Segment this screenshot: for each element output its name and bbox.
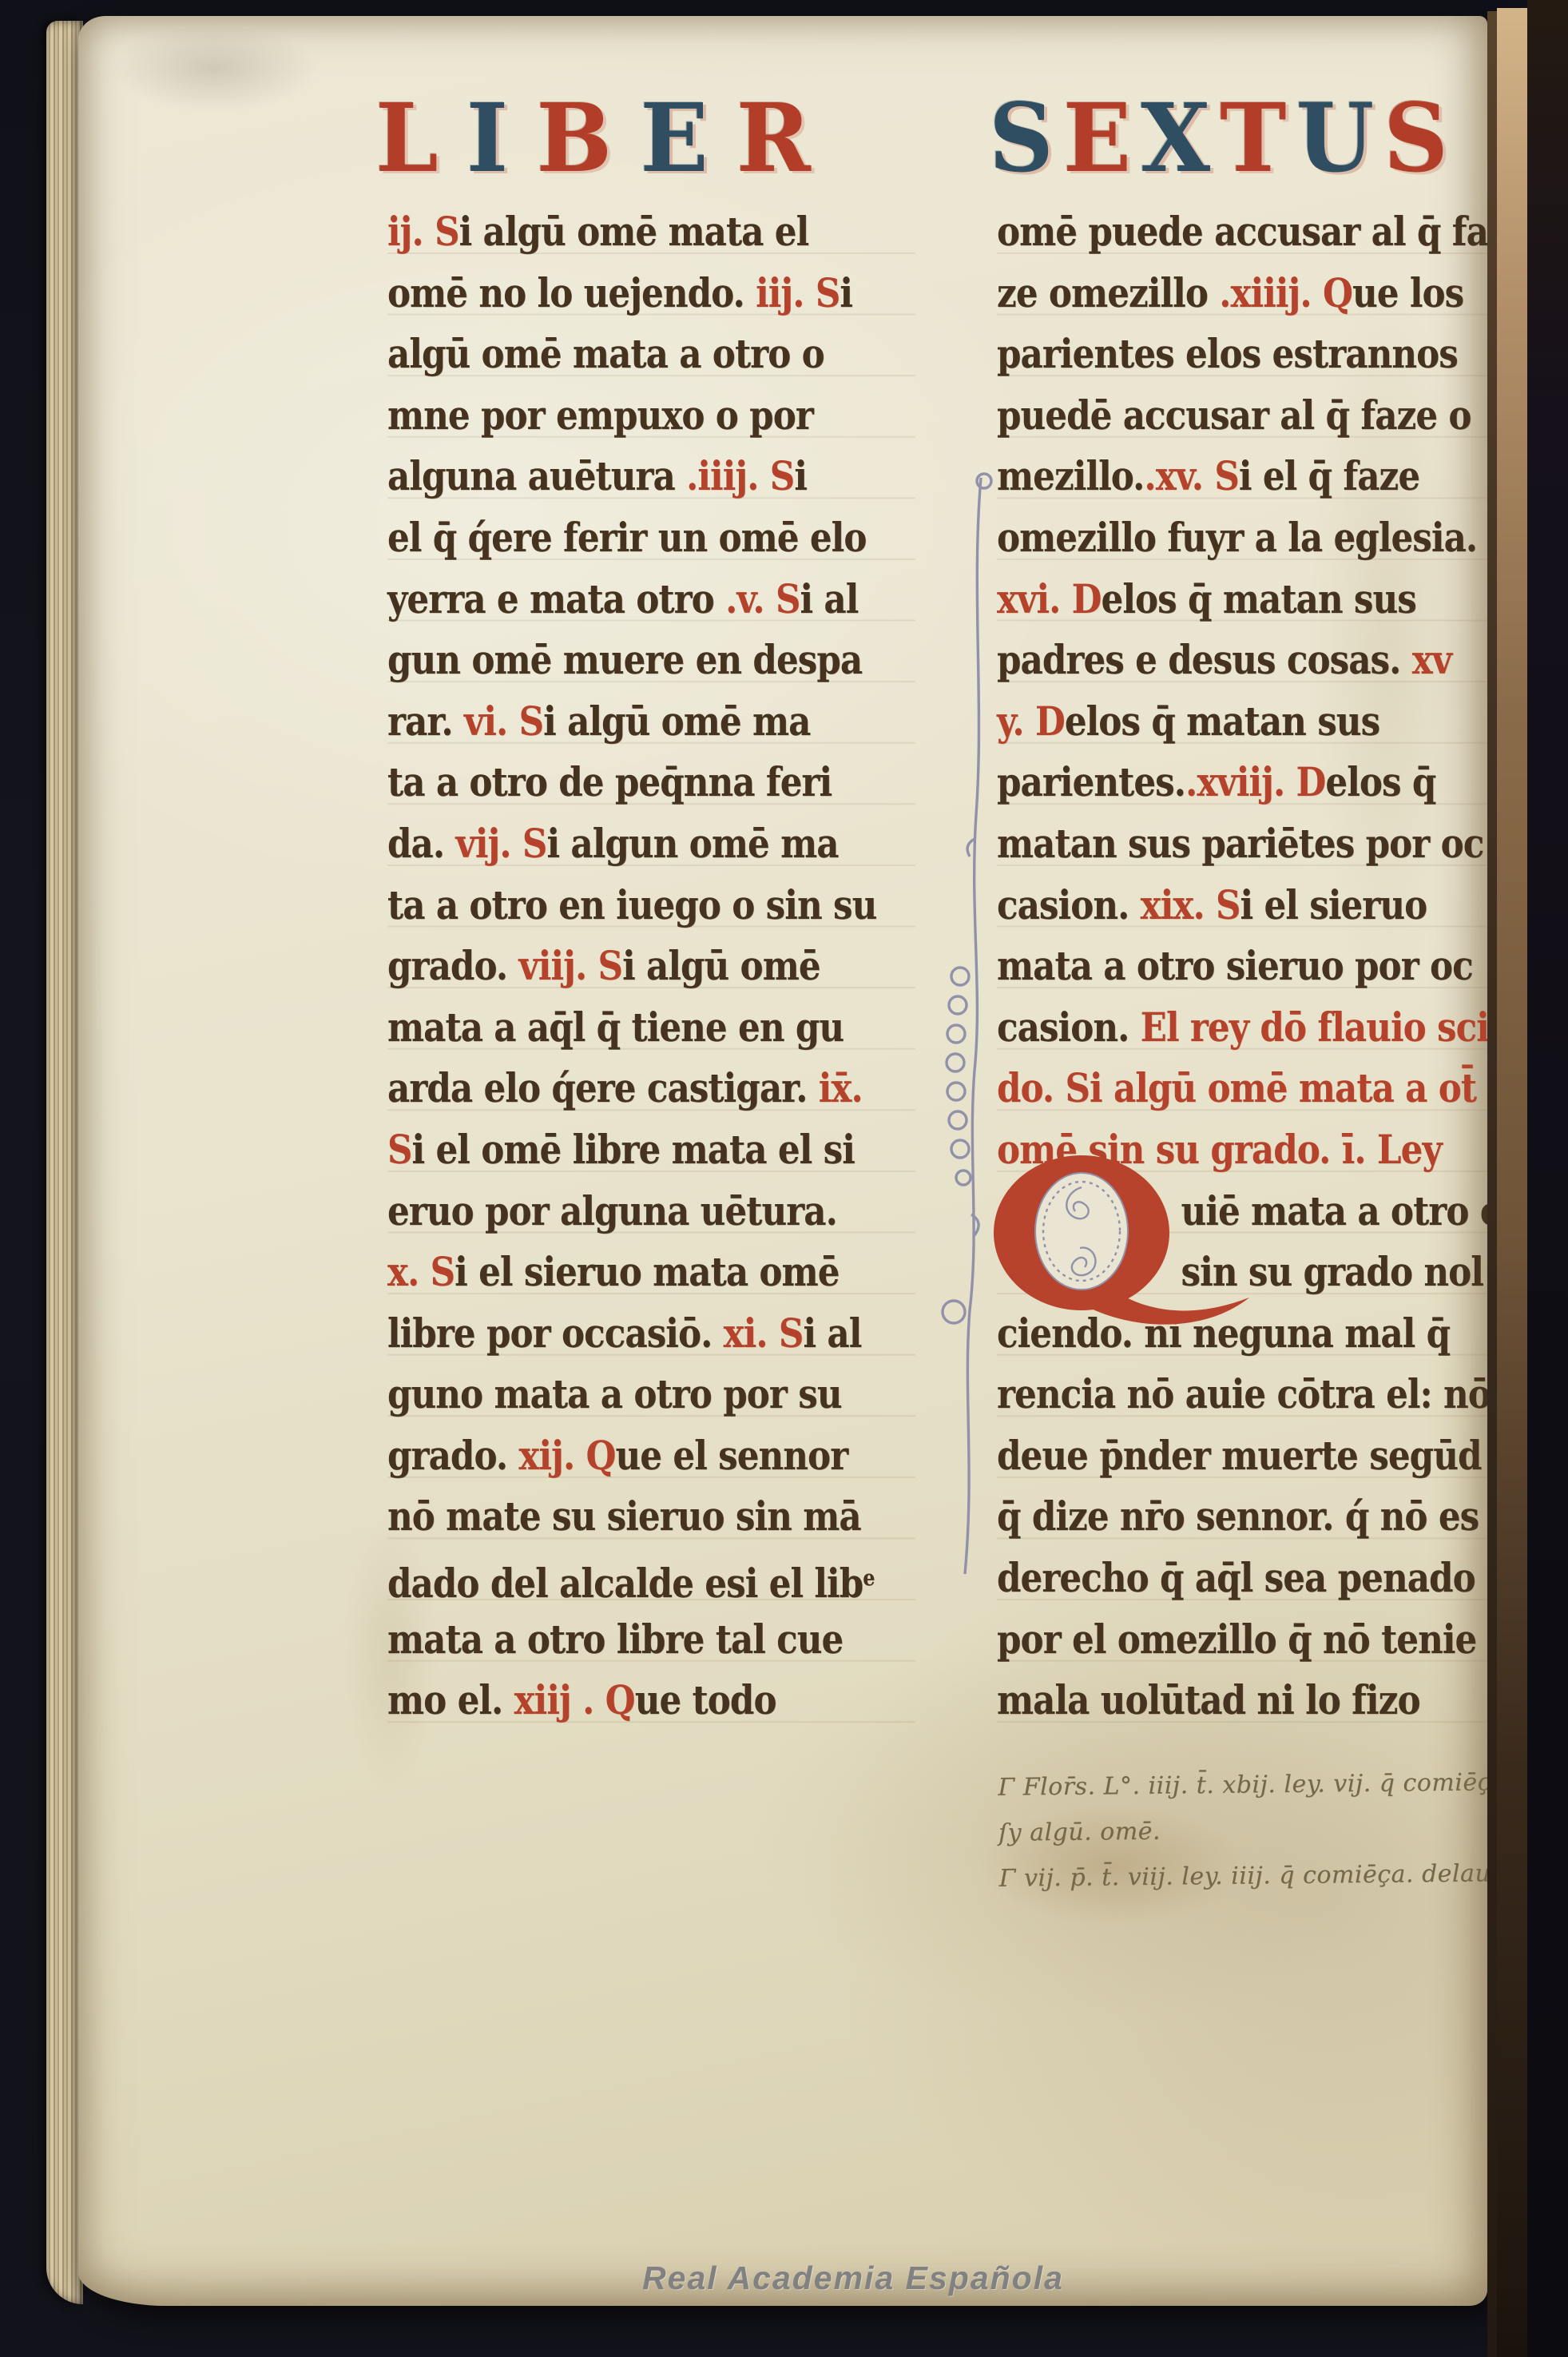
text-segment: derecho q̄ aq̄l sea penado [997, 1554, 1475, 1601]
text-line: mala uolūtad ni lo fizo [997, 1670, 1514, 1731]
text-segment: i el omē libre mata el si [412, 1126, 855, 1173]
text-line: nō mate su sieruo sin mā [387, 1486, 915, 1548]
header-letter: L [375, 87, 439, 190]
text-line: q̄ dize nr̄o sennor. q́ nō es [997, 1486, 1514, 1548]
text-segment: vi. S [464, 698, 543, 745]
text-segment: libre por occasiō. [387, 1310, 724, 1357]
text-segment: grado. [387, 942, 518, 989]
text-line: parientes elos estrannos [997, 324, 1514, 385]
text-line: ta a otro en iuego o sin su [387, 875, 915, 936]
text-segment: mo el. [387, 1676, 514, 1723]
drop-cap-letter: Q [78, 16, 79, 17]
text-segment: elos q̄ matan sus [1065, 698, 1379, 745]
header-letter: U [1296, 87, 1374, 190]
text-line: x. Si el sieruo mata omē [387, 1242, 915, 1303]
text-segment: omē no lo uejendo. [387, 269, 756, 316]
text-segment: .xviij. D [1185, 758, 1325, 805]
text-line: do. Si algū omē mata a ot̄ [997, 1058, 1514, 1119]
text-segment: el q̄ q́ere ferir un omē elo [387, 514, 866, 561]
text-segment: ta a otro en iuego o sin su [387, 881, 876, 928]
text-segment: ue los [1352, 269, 1463, 316]
text-segment: deue p̄nder muerte segūd [997, 1432, 1482, 1479]
text-line: grado. xij. Que el sennor [387, 1425, 915, 1487]
header-word-sextus: SEXTUS [989, 89, 1448, 188]
text-segment: rar. [387, 698, 464, 745]
text-segment: guno mata a otro por su [387, 1370, 842, 1417]
text-segment: parientes. [997, 758, 1185, 805]
text-segment: iij. S [756, 269, 840, 316]
parchment-page: LIBER SEXTUS ij. Si algū omē mata elomē … [78, 16, 1487, 2306]
margin-notes: Γ Flor̄s. L°. iiij. t̄. xbij. ley. vij. … [998, 1759, 1568, 1902]
text-line: deue p̄nder muerte segūd [997, 1425, 1514, 1487]
text-segment: dado del alcalde esi el lib [387, 1560, 863, 1607]
text-segment: i [794, 452, 807, 499]
text-segment: arda elo q́ere castigar. [387, 1064, 819, 1111]
text-segment: viij. S [518, 942, 622, 989]
text-line: ze omezillo .xiiij. Que los [997, 263, 1514, 324]
text-segment: elos q̄ matan sus [1102, 575, 1416, 622]
text-segment: do. Si algū omē mata a ot̄ [997, 1064, 1476, 1111]
text-segment: .xv. S [1144, 452, 1238, 499]
header-letter: S [989, 87, 1054, 190]
text-segment: omezillo fuyr a la eglesia. [997, 514, 1477, 561]
text-segment: ij. S [387, 208, 459, 255]
text-segment: i el q̄ faze [1239, 452, 1419, 499]
text-segment: .v. S [725, 575, 800, 622]
text-segment: q̄ dize nr̄o sennor. q́ nō es [997, 1493, 1479, 1540]
text-line: mata a otro libre tal cue [387, 1609, 915, 1671]
text-segment: ue el sennor [616, 1432, 848, 1479]
text-segment: i algun omē ma [546, 820, 838, 867]
text-segment: mala uolūtad ni lo fizo [997, 1676, 1420, 1723]
text-line: libre por occasiō. xi. Si al [387, 1303, 915, 1365]
text-segment: xi. S [724, 1310, 804, 1357]
text-segment: matan sus pariētes por oc [997, 820, 1483, 867]
text-line: mezillo..xv. Si el q̄ faze [997, 446, 1514, 507]
text-segment: x. S [387, 1248, 455, 1295]
text-segment: eruo por alguna uētura. [387, 1187, 837, 1234]
text-segment: .iiij. S [686, 452, 794, 499]
text-segment: gun omē muere en despa [387, 636, 862, 683]
text-line: omē no lo uejendo. iij. Si [387, 263, 915, 324]
text-line: puedē accusar al q̄ faze o [997, 385, 1514, 447]
text-line: eruo por alguna uētura. [387, 1181, 915, 1242]
text-line: mata a aq̄l q̄ tiene en gu [387, 997, 915, 1059]
header-letter: R [736, 87, 811, 190]
text-segment: i al [800, 575, 859, 622]
text-segment: parientes elos estrannos [997, 330, 1458, 377]
text-segment: mne por empuxo o por [387, 392, 813, 439]
text-segment: mata a otro libre tal cue [387, 1616, 843, 1663]
header-letter: E [640, 87, 708, 190]
watermark-text: Real Academia Española [542, 2260, 1165, 2297]
text-line: casion. El rey dō flauio sci [997, 997, 1514, 1059]
text-segment: omē puede accusar al q̄ fa [997, 208, 1488, 255]
parchment-stain [110, 24, 318, 112]
text-line: y. Delos q̄ matan sus [997, 691, 1514, 753]
text-line: dado del alcalde esi el libe [387, 1548, 915, 1609]
text-segment: grado. [387, 1432, 518, 1479]
text-segment: ue todo [635, 1676, 776, 1723]
text-segment: algū omē mata a otro o [387, 330, 824, 377]
text-line: yerra e mata otro .v. Si al [387, 569, 915, 630]
header-letter: B [536, 87, 612, 190]
text-line: ta a otro de peq̄nna feri [387, 752, 915, 813]
text-line: padres e desus cosas. xv [997, 630, 1514, 691]
text-segment: por el omezillo q̄ nō tenie [997, 1616, 1476, 1663]
text-segment: El rey dō flauio sci [1141, 1004, 1489, 1051]
text-line: rar. vi. Si algū omē ma [387, 691, 915, 753]
text-segment: xij. Q [518, 1432, 615, 1479]
text-line: gun omē muere en despa [387, 630, 915, 691]
text-segment: mata a aq̄l q̄ tiene en gu [387, 1004, 844, 1051]
text-segment: puedē accusar al q̄ faze o [997, 392, 1471, 439]
header-letter: X [1141, 87, 1210, 190]
text-line: derecho q̄ aq̄l sea penado [997, 1548, 1514, 1609]
header-letter: E [1063, 87, 1131, 190]
text-segment: xix. S [1141, 881, 1241, 928]
text-segment: alguna auētura [387, 452, 686, 499]
text-segment: da. [387, 820, 455, 867]
text-segment: e [863, 1565, 874, 1591]
text-line: da. vij. Si algun omē ma [387, 813, 915, 875]
text-line: ij. Si algū omē mata el [387, 201, 915, 263]
text-line: algū omē mata a otro o [387, 324, 915, 385]
margin-note-line: ſy algū. omē. [998, 1804, 1568, 1856]
text-line: mne por empuxo o por [387, 385, 915, 447]
text-line: mata a otro sieruo por oc [997, 936, 1514, 997]
text-line: el q̄ q́ere ferir un omē elo [387, 507, 915, 569]
text-line: rencia nō auie cōtra el: nō [997, 1364, 1514, 1425]
text-line: parientes..xviij. Delos q̄ [997, 752, 1514, 813]
text-line: alguna auētura .iiij. Si [387, 446, 915, 507]
intercolumn-penwork-flourish [931, 463, 1019, 1582]
text-segment: i [840, 269, 852, 316]
text-segment: yerra e mata otro [387, 575, 725, 622]
text-line: Si el omē libre mata el si [387, 1119, 915, 1181]
text-segment: ix̄. [819, 1064, 863, 1111]
text-segment: mata a otro sieruo por oc [997, 942, 1473, 989]
text-segment: nō mate su sieruo sin mā [387, 1493, 861, 1540]
header-word-liber: LIBER [375, 89, 811, 188]
text-line: grado. viij. Si algū omē [387, 936, 915, 997]
background-right [1527, 0, 1568, 2357]
text-segment: elos q̄ [1325, 758, 1435, 805]
header-letter: T [1220, 87, 1286, 190]
text-segment: rencia nō auie cōtra el: nō [997, 1370, 1491, 1417]
text-segment: xiij . Q [514, 1676, 635, 1723]
text-line: omezillo fuyr a la eglesia. [997, 507, 1514, 569]
text-line: matan sus pariētes por oc [997, 813, 1514, 875]
manuscript-photo: LIBER SEXTUS ij. Si algū omē mata elomē … [0, 0, 1568, 2357]
page-gutter-shadow-right [1487, 11, 1497, 2357]
text-segment: ze omezillo [997, 269, 1219, 316]
text-segment: i el sieruo [1241, 881, 1427, 928]
text-line: casion. xix. Si el sieruo [997, 875, 1514, 936]
margin-note-line: Γ vij. p̄. t̄. viij. ley. iiij. q̄ comiē… [998, 1850, 1568, 1902]
text-segment: ta a otro de peq̄nna feri [387, 758, 832, 805]
text-segment: padres e desus cosas. [997, 636, 1412, 683]
header-letter: S [1383, 87, 1448, 190]
text-line: por el omezillo q̄ nō tenie [997, 1609, 1514, 1671]
text-line: mo el. xiij . Que todo [387, 1670, 915, 1731]
text-segment: i al [803, 1310, 861, 1357]
text-segment: i algū omē ma [543, 698, 810, 745]
text-segment: i algū omē [622, 942, 820, 989]
header-letter: I [466, 87, 508, 190]
text-line: arda elo q́ere castigar. ix̄. [387, 1058, 915, 1119]
text-line: omē puede accusar al q̄ fa [997, 201, 1514, 263]
text-segment: S [387, 1126, 412, 1173]
text-segment: i algū omē mata el [459, 208, 809, 255]
text-segment: xv [1412, 636, 1451, 683]
initial-q-drop-cap [984, 1149, 1256, 1349]
text-column-left: ij. Si algū omē mata elomē no lo uejendo… [387, 201, 915, 1739]
text-segment: i el sieruo mata omē [455, 1248, 839, 1295]
text-segment: vij. S [455, 820, 546, 867]
text-column-right: omē puede accusar al q̄ faze omezillo .x… [997, 201, 1514, 1739]
text-line: guno mata a otro por su [387, 1364, 915, 1425]
text-segment: .xiiij. Q [1219, 269, 1352, 316]
book-page-edges-right [1497, 8, 1527, 2357]
margin-note-line: Γ Flor̄s. L°. iiij. t̄. xbij. ley. vij. … [998, 1759, 1568, 1810]
text-line: xvi. Delos q̄ matan sus [997, 569, 1514, 630]
